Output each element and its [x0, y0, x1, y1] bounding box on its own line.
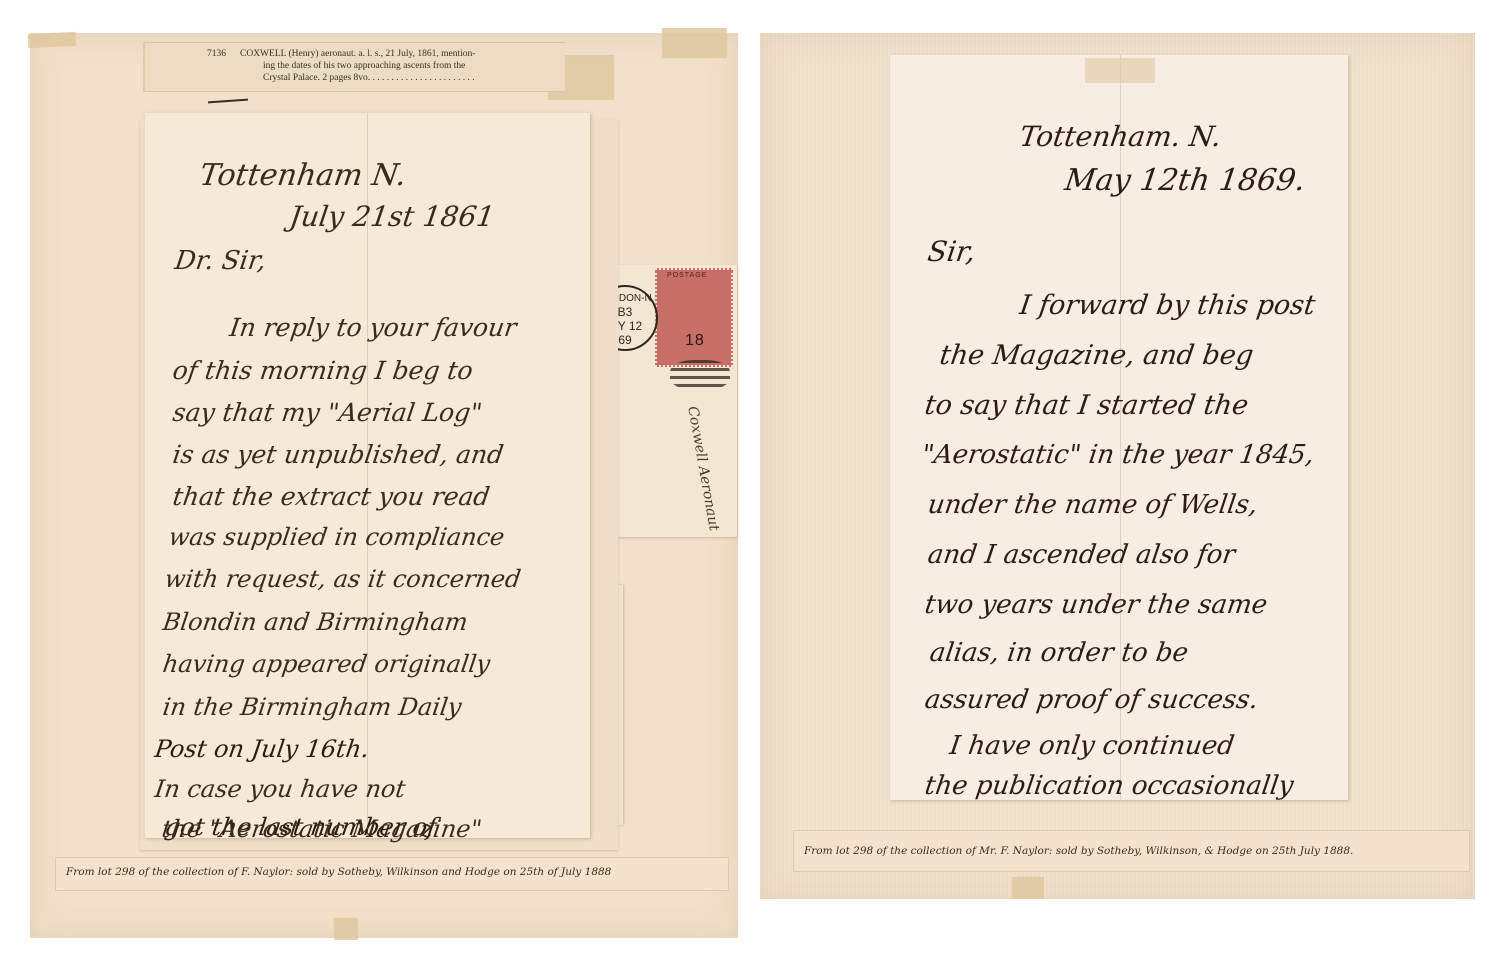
letter-line: say that my "Aerial Log"	[171, 398, 484, 427]
tape-strip	[28, 32, 77, 48]
letter-line: I have only continued	[948, 731, 1236, 761]
letter-line: Post on July 16th.	[153, 735, 371, 763]
tape-strip	[1085, 58, 1155, 83]
tape-strip	[1012, 877, 1044, 899]
tape-strip	[662, 28, 727, 58]
letter-line: that the extract you read	[171, 482, 492, 511]
letter-line: was supplied in compliance	[167, 523, 506, 551]
envelope-annotation: Coxwell Aeronaut	[684, 405, 722, 532]
stamp-plate-number: 18	[685, 332, 705, 350]
letter-line: I forward by this post	[1018, 290, 1317, 321]
letter-line: the Magazine, and beg	[938, 340, 1256, 371]
letter-line: the publication occasionally	[923, 771, 1295, 801]
letter-place: Tottenham N.	[198, 158, 409, 193]
letter-date: July 21st 1861	[288, 200, 497, 233]
letter-line: the "Aerostatic Magazine"	[160, 815, 484, 843]
stamp-label: POSTAGE	[667, 272, 707, 279]
penny-red-stamp: POSTAGE 18	[655, 268, 733, 367]
letter-line: having appeared originally	[161, 650, 492, 678]
letter-line: is as yet unpublished, and	[171, 440, 505, 469]
clipping-line-1: COXWELL (Henry) aeronaut. a. l. s., 21 J…	[240, 49, 475, 60]
cancellation-bars	[670, 360, 730, 390]
clipping-line-3: Crystal Palace. 2 pages 8vo. . . . . . .…	[263, 73, 475, 84]
letter-1861: Tottenham N. July 21st 1861 Dr. Sir, In …	[145, 113, 590, 838]
letter-line: and I ascended also for	[926, 540, 1237, 570]
letter-line: in the Birmingham Daily	[161, 693, 463, 721]
letter-line: assured proof of success.	[923, 685, 1260, 715]
letter-line: "Aerostatic" in the year 1845,	[920, 440, 1316, 470]
letter-place: Tottenham. N.	[1018, 120, 1224, 153]
letter-line: to say that I started the	[923, 390, 1250, 421]
letter-salutation: Dr. Sir,	[173, 246, 268, 276]
letter-line: alias, in order to be	[928, 638, 1190, 668]
letter-date: May 12th 1869.	[1063, 163, 1308, 198]
letter-line: of this morning I beg to	[171, 356, 475, 385]
letter-line: with request, as it concerned	[163, 565, 522, 593]
letter-line: Blondin and Birmingham	[161, 608, 470, 636]
provenance-caption-right: From lot 298 of the collection of Mr. F.…	[793, 830, 1470, 872]
letter-1869: Tottenham. N. May 12th 1869. Sir, I forw…	[890, 55, 1348, 800]
provenance-caption-left: From lot 298 of the collection of F. Nay…	[55, 857, 729, 891]
letter-line: In case you have not	[153, 775, 407, 803]
letter-salutation: Sir,	[926, 235, 978, 268]
auction-catalogue-clipping: 7136 COXWELL (Henry) aeronaut. a. l. s.,…	[145, 42, 565, 92]
clipping-line-2: ing the dates of his two approaching asc…	[263, 61, 465, 72]
letter-line: In reply to your favour	[228, 313, 518, 342]
clipping-lot-number: 7136	[207, 49, 226, 60]
tape-strip	[334, 918, 358, 940]
letter-line: two years under the same	[923, 590, 1269, 620]
letter-line: under the name of Wells,	[926, 490, 1260, 520]
